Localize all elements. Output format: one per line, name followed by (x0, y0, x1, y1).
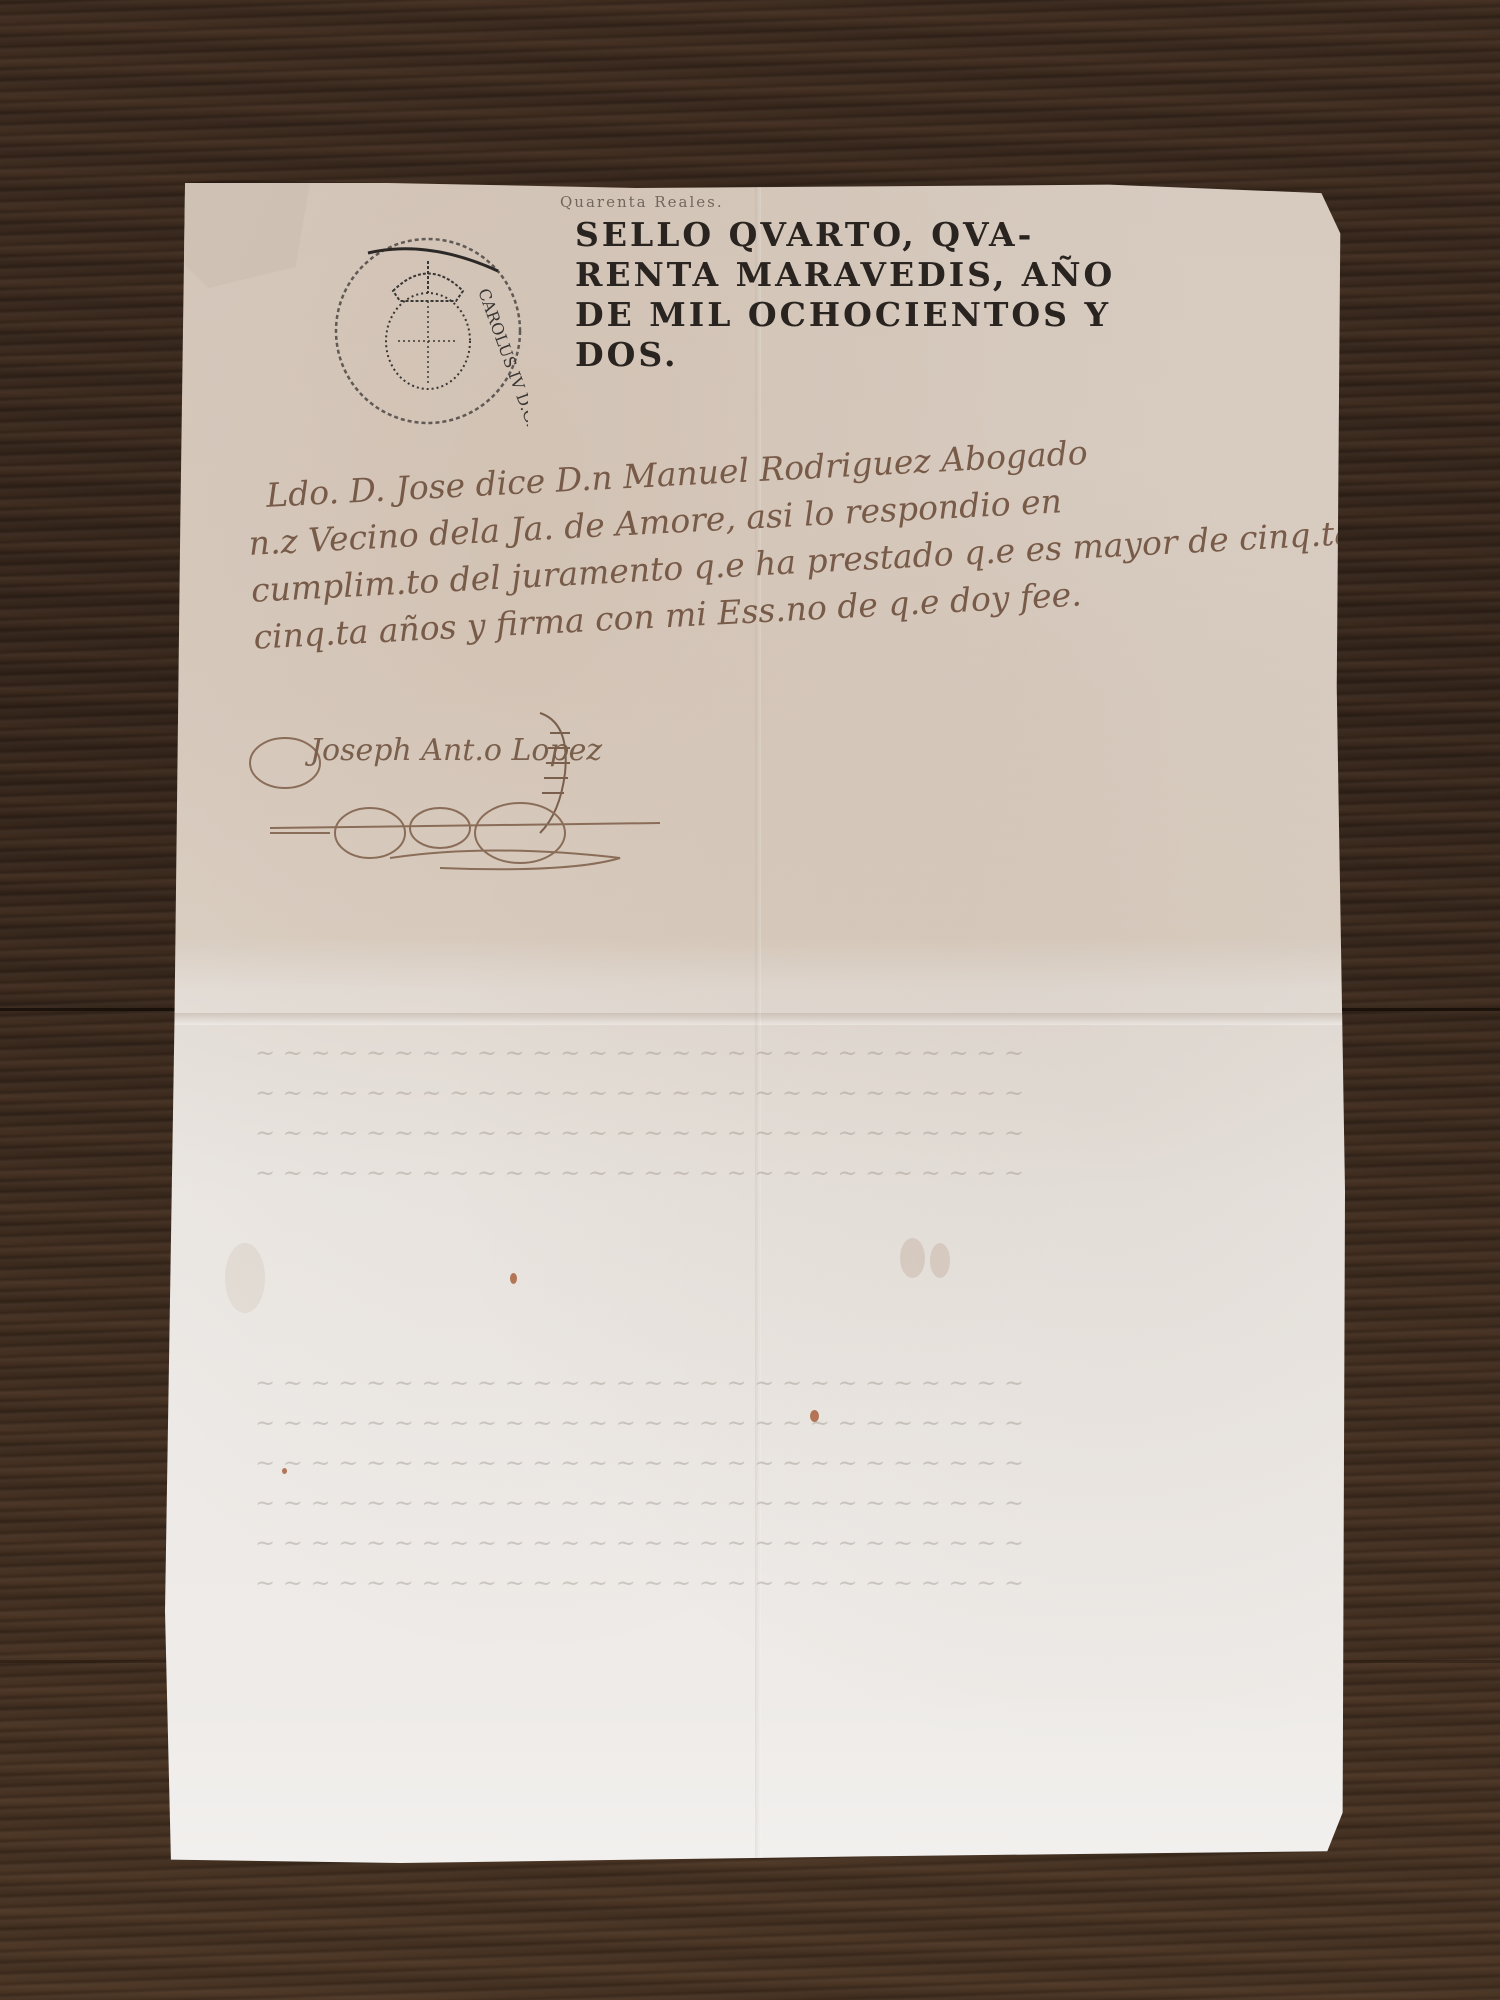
stamp-header-line: DE MIL OCHOCIENTOS Y (575, 295, 1295, 335)
handwritten-declaration: Ldo. D. Jose dice D.n Manuel Rodriguez A… (245, 418, 1303, 661)
faded-line: ~ ~ ~ ~ ~ ~ ~ ~ ~ ~ ~ ~ ~ ~ ~ ~ ~ ~ ~ ~ … (255, 1523, 1255, 1563)
stamp-header-line: DOS. (575, 335, 1295, 375)
faded-line: ~ ~ ~ ~ ~ ~ ~ ~ ~ ~ ~ ~ ~ ~ ~ ~ ~ ~ ~ ~ … (255, 1403, 1255, 1443)
signature-name: Joseph Ant.o Lopez (310, 733, 602, 768)
document-page: CAROLUS IV D.G. Quarenta Reales. SELLO Q… (165, 183, 1345, 1863)
royal-seal-stamp: CAROLUS IV D.G. (328, 231, 528, 431)
faded-text-middle: ~ ~ ~ ~ ~ ~ ~ ~ ~ ~ ~ ~ ~ ~ ~ ~ ~ ~ ~ ~ … (255, 1033, 1255, 1193)
rust-stain (282, 1468, 287, 1474)
rust-stain (810, 1410, 819, 1422)
rust-stain (510, 1273, 517, 1284)
faded-line: ~ ~ ~ ~ ~ ~ ~ ~ ~ ~ ~ ~ ~ ~ ~ ~ ~ ~ ~ ~ … (255, 1483, 1255, 1523)
signature-block: Joseph Ant.o Lopez (240, 693, 700, 873)
faded-text-lower: ~ ~ ~ ~ ~ ~ ~ ~ ~ ~ ~ ~ ~ ~ ~ ~ ~ ~ ~ ~ … (255, 1363, 1255, 1603)
faded-line: ~ ~ ~ ~ ~ ~ ~ ~ ~ ~ ~ ~ ~ ~ ~ ~ ~ ~ ~ ~ … (255, 1363, 1255, 1403)
vertical-fold (755, 183, 761, 1863)
signature-flourish-icon (240, 693, 700, 873)
faded-line: ~ ~ ~ ~ ~ ~ ~ ~ ~ ~ ~ ~ ~ ~ ~ ~ ~ ~ ~ ~ … (255, 1113, 1255, 1153)
paper-repair-patch (165, 183, 310, 288)
stamp-value-line: Quarenta Reales. (560, 193, 724, 211)
water-blot (930, 1243, 950, 1278)
stamp-header-line: SELLO QVARTO, QVA- (575, 215, 1295, 255)
water-blot (900, 1238, 925, 1278)
stamp-header: SELLO QVARTO, QVA- RENTA MARAVEDIS, AÑO … (575, 215, 1295, 375)
faded-line: ~ ~ ~ ~ ~ ~ ~ ~ ~ ~ ~ ~ ~ ~ ~ ~ ~ ~ ~ ~ … (255, 1563, 1255, 1603)
svg-text:CAROLUS IV D.G.: CAROLUS IV D.G. (474, 286, 528, 430)
coat-of-arms-icon: CAROLUS IV D.G. (328, 231, 528, 431)
faded-line: ~ ~ ~ ~ ~ ~ ~ ~ ~ ~ ~ ~ ~ ~ ~ ~ ~ ~ ~ ~ … (255, 1153, 1255, 1193)
faded-line: ~ ~ ~ ~ ~ ~ ~ ~ ~ ~ ~ ~ ~ ~ ~ ~ ~ ~ ~ ~ … (255, 1033, 1255, 1073)
water-blot (225, 1243, 265, 1313)
faded-line: ~ ~ ~ ~ ~ ~ ~ ~ ~ ~ ~ ~ ~ ~ ~ ~ ~ ~ ~ ~ … (255, 1443, 1255, 1483)
faded-line: ~ ~ ~ ~ ~ ~ ~ ~ ~ ~ ~ ~ ~ ~ ~ ~ ~ ~ ~ ~ … (255, 1073, 1255, 1113)
stamp-header-line: RENTA MARAVEDIS, AÑO (575, 255, 1295, 295)
